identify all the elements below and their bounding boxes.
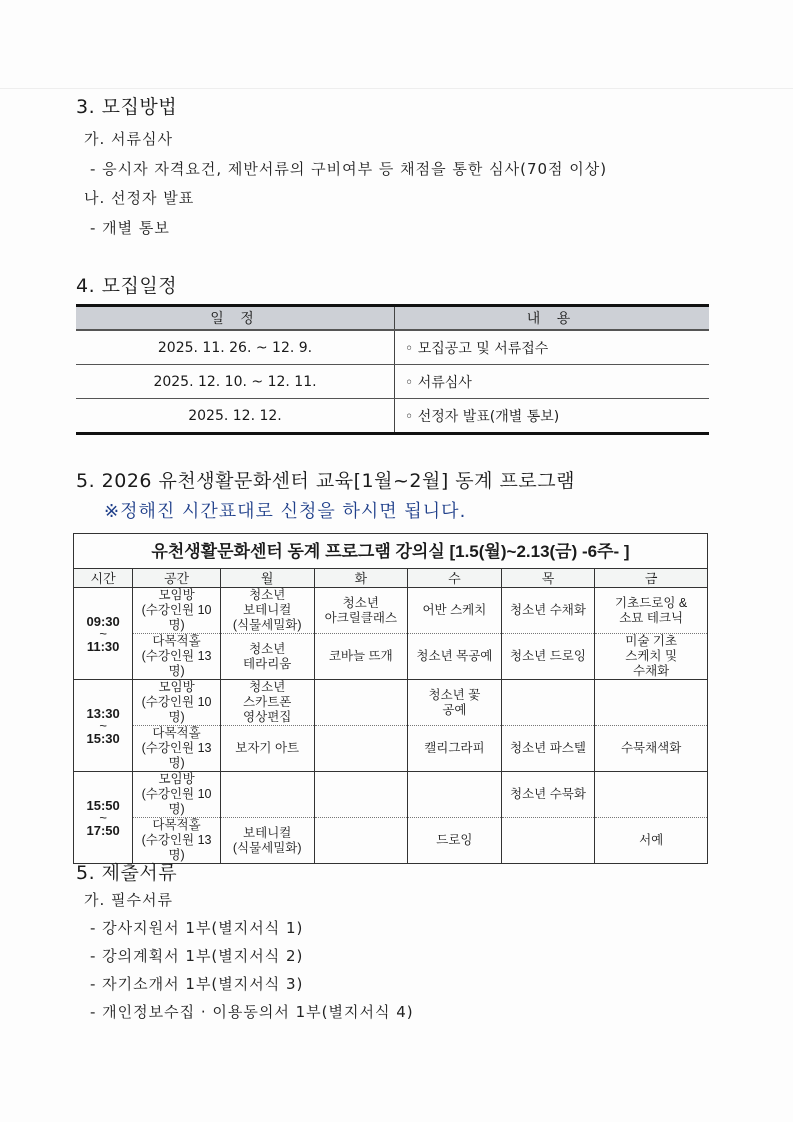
header-tue: 화 — [314, 569, 408, 588]
room-capacity: (수강인원 13명) — [135, 741, 218, 771]
class-cell-tue — [314, 772, 408, 818]
schedule-content: ◦ 선정자 발표(개별 통보) — [395, 399, 710, 434]
class-cell-wed: 청소년 목공예 — [408, 634, 502, 680]
room-name: 모임방 — [135, 588, 218, 603]
time-slot-time-end: 15:30 — [76, 730, 130, 747]
class-cell-thu: 청소년 수채화 — [501, 588, 595, 634]
room-cell: 모임방(수강인원 10명) — [133, 772, 221, 818]
section-3-sub-a-item: - 응시자 자격요건, 제반서류의 구비여부 등 채점을 통한 심사(70점 이… — [90, 158, 607, 179]
header-fri: 금 — [595, 569, 708, 588]
schedule-date: 2025. 12. 10. ~ 12. 11. — [76, 365, 395, 399]
room-capacity: (수강인원 13명) — [135, 649, 218, 679]
section-docs-sub-a: 가. 필수서류 — [84, 889, 173, 910]
section-3-sub-b: 나. 선정자 발표 — [84, 187, 194, 208]
class-cell-wed: 어반 스케치 — [408, 588, 502, 634]
room-capacity: (수강인원 10명) — [135, 603, 218, 633]
schedule-row: 2025. 12. 10. ~ 12. 11. ◦ 서류심사 — [76, 365, 709, 399]
timetable-row: 13:30~15:30모임방(수강인원 10명)청소년 스카트폰 영상편집청소년… — [74, 680, 708, 726]
class-cell-mon: 보테니컬 (식물세밀화) — [220, 818, 314, 864]
section-3-title: 3. 모집방법 — [76, 92, 177, 119]
timetable-header-row: 시간 공간 월 화 수 목 금 — [74, 569, 708, 588]
recruitment-schedule-table: 일 정 내 용 2025. 11. 26. ~ 12. 9. ◦ 모집공고 및 … — [76, 304, 709, 435]
class-cell-fri: 미술 기초 스케치 및 수채화 — [595, 634, 708, 680]
room-cell: 다목적홀(수강인원 13명) — [133, 726, 221, 772]
class-cell-mon: 청소년 보테니컬 (식물세밀화) — [220, 588, 314, 634]
room-cell: 다목적홀(수강인원 13명) — [133, 818, 221, 864]
timetable-body: 09:30~11:30모임방(수강인원 10명)청소년 보테니컬 (식물세밀화)… — [74, 588, 708, 864]
doc-item: - 개인정보수집 · 이용동의서 1부(별지서식 4) — [90, 1001, 414, 1022]
schedule-content: ◦ 서류심사 — [395, 365, 710, 399]
timetable-row: 다목적홀(수강인원 13명)보자기 아트캘리그라피청소년 파스텔수묵채색화 — [74, 726, 708, 772]
class-cell-tue — [314, 818, 408, 864]
room-capacity: (수강인원 10명) — [135, 787, 218, 817]
time-slot-sep: ~ — [76, 630, 130, 638]
room-name: 다목적홀 — [135, 634, 218, 649]
timetable-row: 다목적홀(수강인원 13명)청소년 테라리움코바늘 뜨개청소년 목공예청소년 드… — [74, 634, 708, 680]
section-5-title: 5. 2026 유천생활문화센터 교육[1월~2월] 동계 프로그램 — [76, 466, 575, 493]
class-cell-fri — [595, 680, 708, 726]
time-slot: 09:30~11:30 — [74, 588, 133, 680]
timetable-title-row: 유천생활문화센터 동계 프로그램 강의실 [1.5(월)~2.13(금) -6주… — [74, 534, 708, 569]
schedule-date: 2025. 12. 12. — [76, 399, 395, 434]
room-name: 모임방 — [135, 772, 218, 787]
class-cell-wed — [408, 772, 502, 818]
timetable-title: 유천생활문화센터 동계 프로그램 강의실 [1.5(월)~2.13(금) -6주… — [74, 534, 708, 569]
room-name: 다목적홀 — [135, 818, 218, 833]
room-name: 모임방 — [135, 680, 218, 695]
time-slot: 15:50~17:50 — [74, 772, 133, 864]
doc-item: - 자기소개서 1부(별지서식 3) — [90, 973, 303, 994]
class-cell-mon: 청소년 스카트폰 영상편집 — [220, 680, 314, 726]
timetable-row: 15:50~17:50모임방(수강인원 10명)청소년 수묵화 — [74, 772, 708, 818]
header-mon: 월 — [220, 569, 314, 588]
schedule-header-row: 일 정 내 용 — [76, 306, 709, 331]
class-cell-thu — [501, 818, 595, 864]
room-capacity: (수강인원 10명) — [135, 695, 218, 725]
class-cell-wed: 청소년 꽃 공예 — [408, 680, 502, 726]
class-cell-wed: 캘리그라피 — [408, 726, 502, 772]
header-room: 공간 — [133, 569, 221, 588]
class-cell-mon — [220, 772, 314, 818]
room-cell: 모임방(수강인원 10명) — [133, 680, 221, 726]
header-thu: 목 — [501, 569, 595, 588]
schedule-header-content: 내 용 — [395, 306, 710, 331]
schedule-date: 2025. 11. 26. ~ 12. 9. — [76, 330, 395, 365]
time-slot-sep: ~ — [76, 722, 130, 730]
class-cell-fri — [595, 772, 708, 818]
class-cell-tue: 코바늘 뜨개 — [314, 634, 408, 680]
class-cell-tue — [314, 680, 408, 726]
class-cell-thu — [501, 680, 595, 726]
section-4-title: 4. 모집일정 — [76, 271, 177, 298]
class-cell-fri: 수묵채색화 — [595, 726, 708, 772]
section-3-sub-b-item: - 개별 통보 — [90, 217, 170, 238]
class-cell-tue: 청소년 아크릴클래스 — [314, 588, 408, 634]
doc-item: - 강의계획서 1부(별지서식 2) — [90, 945, 303, 966]
schedule-row: 2025. 12. 12. ◦ 선정자 발표(개별 통보) — [76, 399, 709, 434]
class-cell-thu: 청소년 파스텔 — [501, 726, 595, 772]
program-timetable: 유천생활문화센터 동계 프로그램 강의실 [1.5(월)~2.13(금) -6주… — [73, 533, 708, 864]
class-cell-tue — [314, 726, 408, 772]
class-cell-fri: 기초드로잉 & 소묘 테크닉 — [595, 588, 708, 634]
time-slot: 13:30~15:30 — [74, 680, 133, 772]
header-wed: 수 — [408, 569, 502, 588]
section-docs-title: 5. 제출서류 — [76, 858, 177, 885]
timetable-row: 09:30~11:30모임방(수강인원 10명)청소년 보테니컬 (식물세밀화)… — [74, 588, 708, 634]
timetable-row: 다목적홀(수강인원 13명)보테니컬 (식물세밀화)드로잉서예 — [74, 818, 708, 864]
class-cell-fri: 서예 — [595, 818, 708, 864]
schedule-row: 2025. 11. 26. ~ 12. 9. ◦ 모집공고 및 서류접수 — [76, 330, 709, 365]
room-cell: 다목적홀(수강인원 13명) — [133, 634, 221, 680]
class-cell-mon: 보자기 아트 — [220, 726, 314, 772]
room-name: 다목적홀 — [135, 726, 218, 741]
class-cell-mon: 청소년 테라리움 — [220, 634, 314, 680]
class-cell-wed: 드로잉 — [408, 818, 502, 864]
header-time: 시간 — [74, 569, 133, 588]
schedule-header-date: 일 정 — [76, 306, 395, 331]
doc-item: - 강사지원서 1부(별지서식 1) — [90, 917, 303, 938]
time-slot-sep: ~ — [76, 814, 130, 822]
section-3-sub-a: 가. 서류심사 — [84, 128, 173, 149]
class-cell-thu: 청소년 수묵화 — [501, 772, 595, 818]
room-cell: 모임방(수강인원 10명) — [133, 588, 221, 634]
page-top-divider — [0, 88, 793, 89]
time-slot-time-end: 11:30 — [76, 638, 130, 655]
schedule-content: ◦ 모집공고 및 서류접수 — [395, 330, 710, 365]
time-slot-time-end: 17:50 — [76, 822, 130, 839]
section-5-note: ※정해진 시간표대로 신청을 하시면 됩니다. — [104, 497, 466, 523]
class-cell-thu: 청소년 드로잉 — [501, 634, 595, 680]
